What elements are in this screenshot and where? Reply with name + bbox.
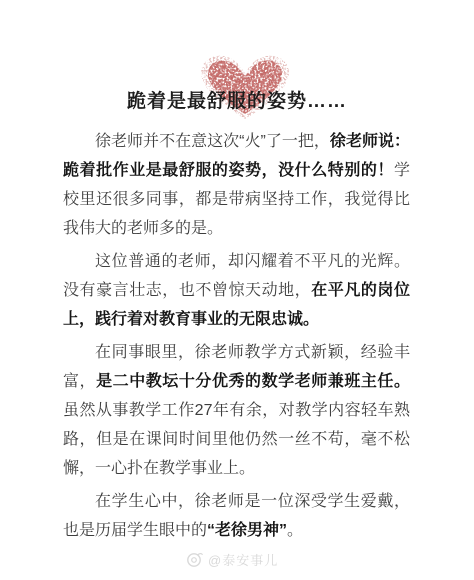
body-text: 徐老师并不在意这次“火”了一把， [95,133,330,150]
bold-text: “老徐男神” [207,522,287,539]
paragraph: 在学生心中，徐老师是一位深受学生爱戴，也是历届学生眼中的“老徐男神”。 [63,487,410,545]
article-page: 跪着是最舒服的姿势…… 徐老师并不在意这次“火”了一把，徐老师说：跪着批作业是最… [0,0,474,580]
article-title: 跪着是最舒服的姿势…… [0,0,474,113]
bold-text: 是二中教坛十分优秀的数学老师兼班主任。 [96,373,410,390]
weibo-logo-icon [186,551,203,568]
watermark: @泰安事儿 [186,550,278,569]
body-text: 虽然从事教学工作27年有余，对教学内容轻车熟路，但是在课间时间里他仍然一丝不苟，… [63,402,410,477]
paragraph: 在同事眼里，徐老师教学方式新颖，经验丰富，是二中教坛十分优秀的数学老师兼班主任。… [63,338,410,483]
body-text: 。 [287,522,303,539]
watermark-text: @泰安事儿 [208,550,278,569]
paragraph: 这位普通的老师，却闪耀着不平凡的光辉。没有豪言壮志，也不曾惊天动地，在平凡的岗位… [63,247,410,334]
paragraph: 徐老师并不在意这次“火”了一把，徐老师说：跪着批作业是最舒服的姿势，没什么特别的… [63,127,410,243]
article-body: 徐老师并不在意这次“火”了一把，徐老师说：跪着批作业是最舒服的姿势，没什么特别的… [63,127,410,545]
